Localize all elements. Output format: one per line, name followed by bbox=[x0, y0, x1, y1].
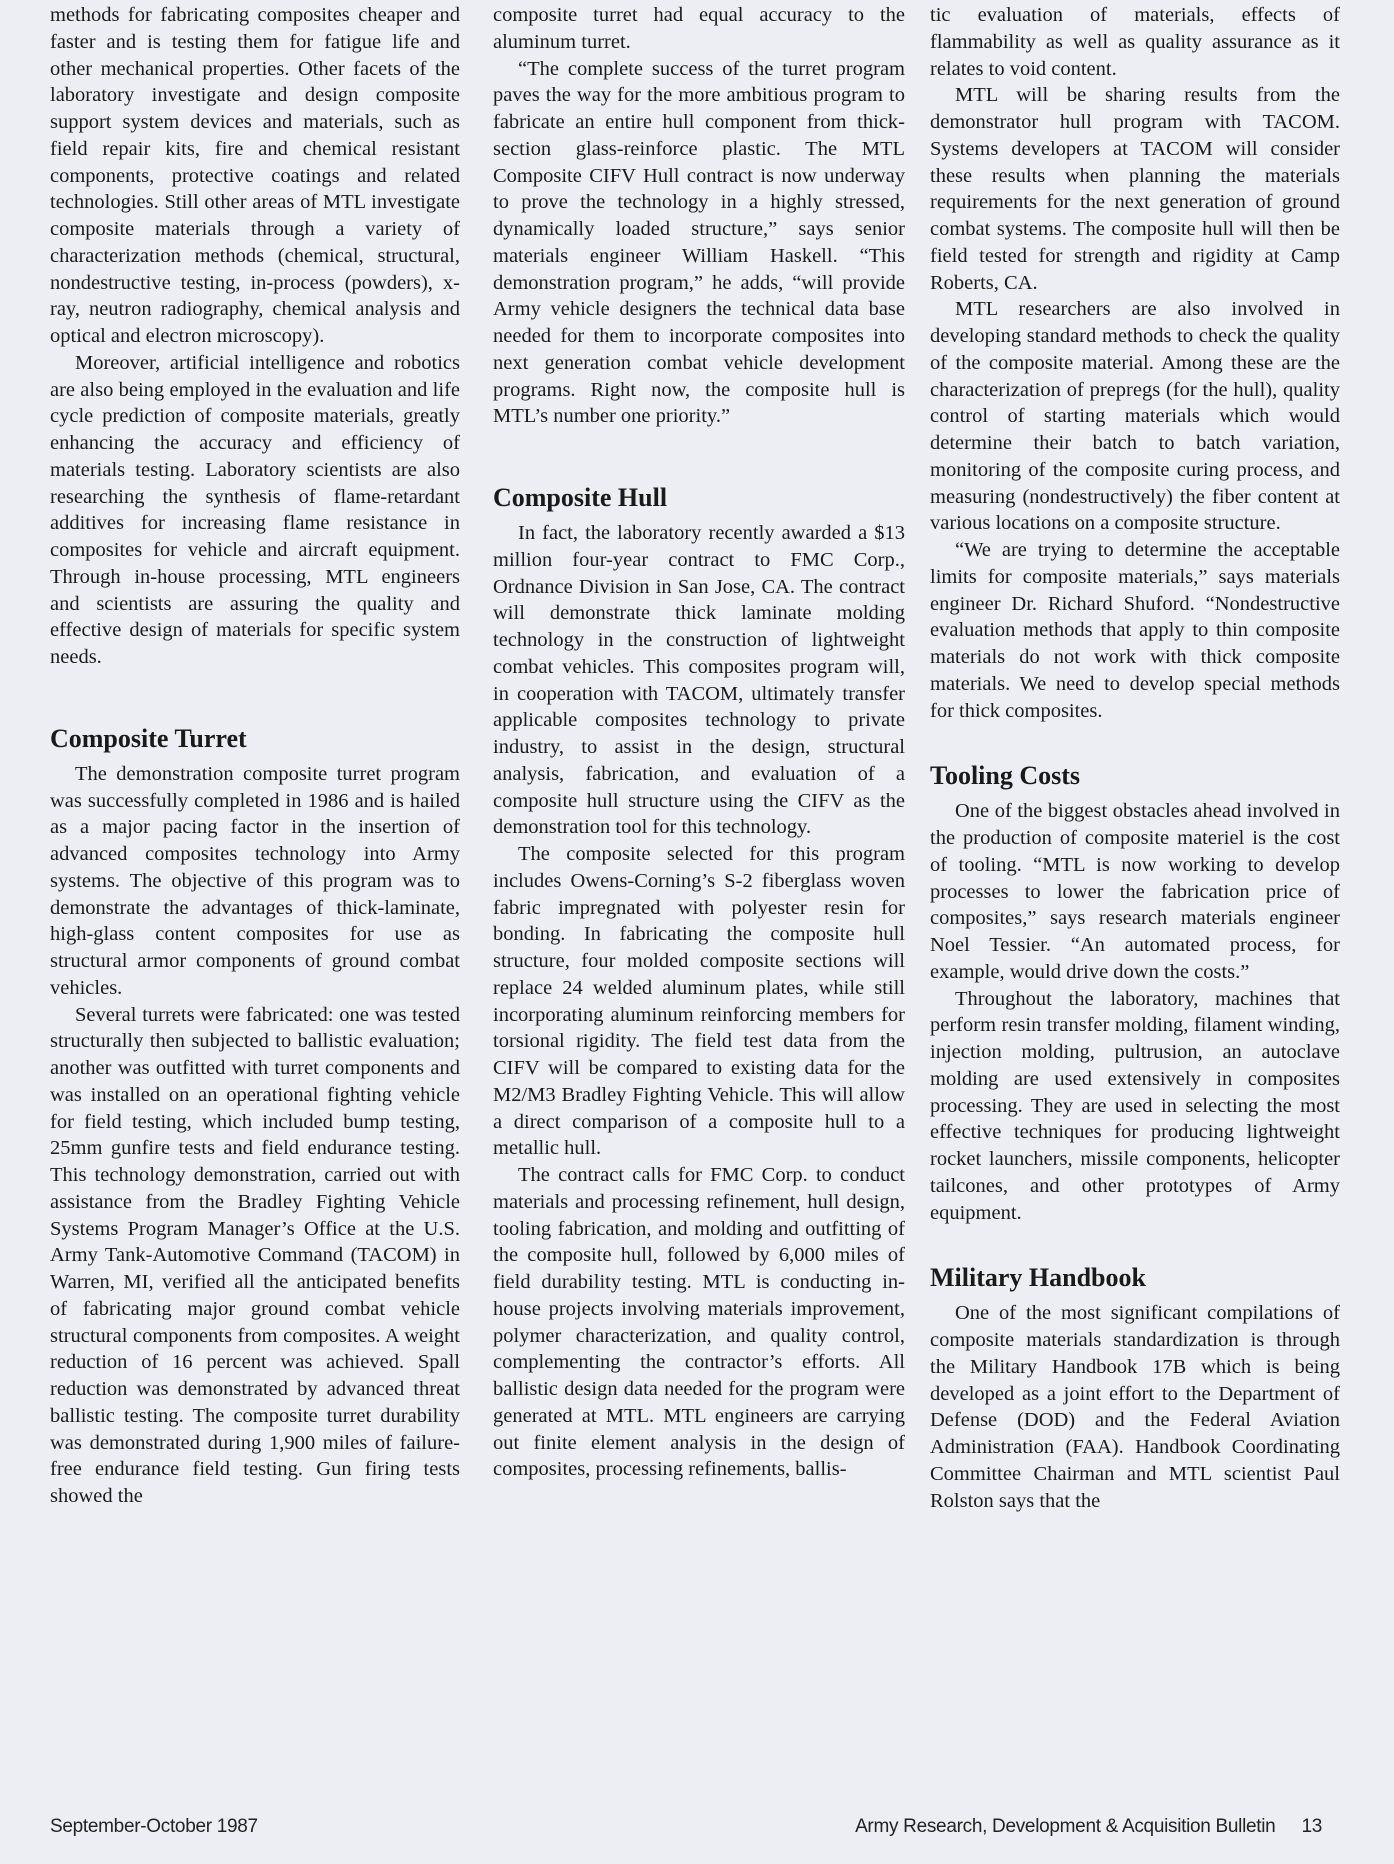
paragraph: One of the biggest obstacles ahead invol… bbox=[930, 798, 1340, 985]
paragraph: tic evaluation of materials, effects of … bbox=[930, 2, 1340, 82]
footer-issue-date: September-October 1987 bbox=[50, 1816, 258, 1838]
page-number: 13 bbox=[1301, 1816, 1322, 1837]
paragraph: One of the most significant compilations… bbox=[930, 1300, 1340, 1514]
column-2: composite turret had equal accuracy to t… bbox=[493, 2, 905, 1483]
paragraph: composite turret had equal accuracy to t… bbox=[493, 2, 905, 56]
publication-title: Army Research, Development & Acquisition… bbox=[855, 1816, 1275, 1837]
footer-publication: Army Research, Development & Acquisition… bbox=[855, 1816, 1322, 1838]
section-heading-composite-turret: Composite Turret bbox=[50, 723, 460, 755]
paragraph: The demonstration composite turret progr… bbox=[50, 761, 460, 1002]
paragraph: MTL will be sharing results from the dem… bbox=[930, 82, 1340, 296]
paragraph: MTL researchers are also involved in dev… bbox=[930, 296, 1340, 537]
paragraph: Moreover, artificial intelligence and ro… bbox=[50, 350, 460, 671]
paragraph: The contract calls for FMC Corp. to cond… bbox=[493, 1162, 905, 1483]
section-heading-composite-hull: Composite Hull bbox=[493, 482, 905, 514]
paragraph: methods for fabricating composites cheap… bbox=[50, 2, 460, 350]
paragraph: Throughout the laboratory, machines that… bbox=[930, 986, 1340, 1227]
section-heading-military-handbook: Military Handbook bbox=[930, 1262, 1340, 1294]
paragraph: “The complete success of the turret prog… bbox=[493, 56, 905, 431]
column-1: methods for fabricating composites cheap… bbox=[50, 2, 460, 1510]
paragraph: “We are trying to determine the acceptab… bbox=[930, 537, 1340, 724]
paragraph: In fact, the laboratory recently awarded… bbox=[493, 520, 905, 841]
section-heading-tooling-costs: Tooling Costs bbox=[930, 760, 1340, 792]
paragraph: The composite selected for this program … bbox=[493, 841, 905, 1162]
column-3: tic evaluation of materials, effects of … bbox=[930, 2, 1340, 1514]
paragraph: Several turrets were fabricated: one was… bbox=[50, 1002, 460, 1510]
